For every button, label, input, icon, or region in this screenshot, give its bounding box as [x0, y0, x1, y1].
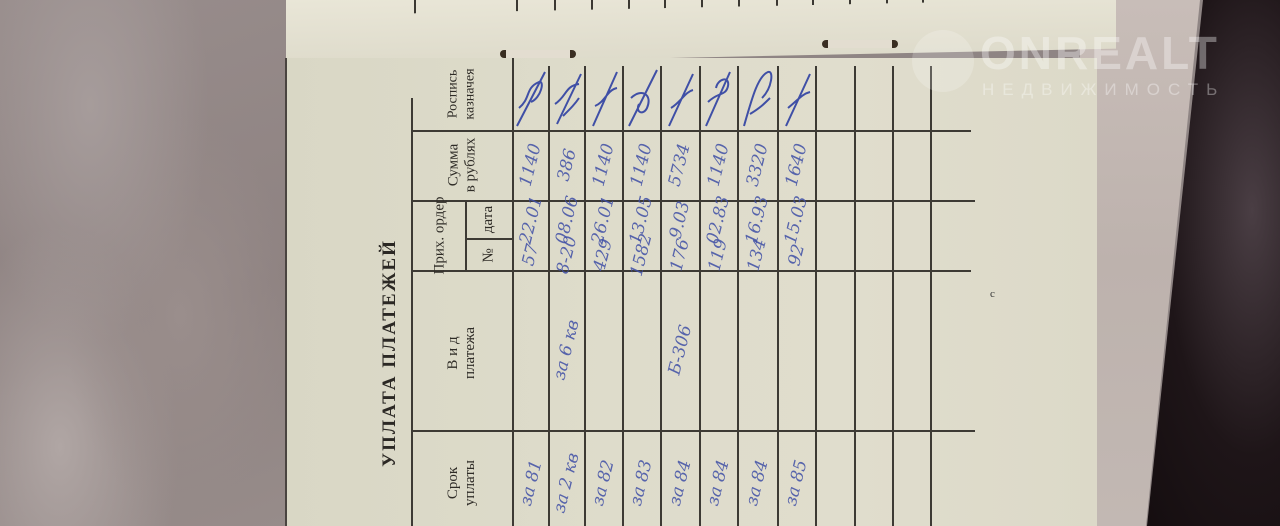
- cell-due-date: за 2 кв: [549, 438, 585, 526]
- treasurer-signature: [585, 68, 625, 130]
- cell-payment-type: [778, 270, 815, 430]
- cell-receipt-date: 13.05: [623, 200, 660, 240]
- header-payment-type: В и д платежа: [417, 278, 507, 428]
- cell-receipt-number: 176: [661, 240, 699, 270]
- cell-amount: 386: [549, 130, 585, 200]
- row-separator: [930, 66, 932, 526]
- ruling-tick: [591, 0, 593, 10]
- ruling-tick: [849, 0, 851, 4]
- cell-payment-type: [513, 270, 549, 430]
- cell-amount: 5734: [661, 130, 699, 200]
- cell-payment-type: [623, 270, 660, 430]
- form-title: УПЛАТА ПЛАТЕЖЕЙ: [370, 208, 410, 498]
- treasurer-signature: [738, 68, 778, 130]
- cell-amount: 1140: [513, 130, 549, 200]
- cell-due-date: за 81: [513, 438, 549, 526]
- cell-due-date: за 82: [585, 438, 622, 526]
- cell-receipt-date: 26.01: [585, 200, 622, 240]
- cell-payment-type: [585, 270, 622, 430]
- background-surface-left: [0, 0, 300, 526]
- staple: [822, 40, 898, 48]
- ruling-tick: [886, 0, 888, 3]
- table-border-left: [411, 98, 413, 526]
- header-receipt-date: дата: [467, 200, 511, 238]
- row-separator: [892, 66, 894, 526]
- staple: [500, 50, 576, 58]
- cell-receipt-date: 9.03: [661, 200, 699, 240]
- cell-due-date: за 83: [623, 438, 660, 526]
- row-separator: [815, 66, 817, 526]
- cell-payment-type: [700, 270, 737, 430]
- ruling-tick: [664, 0, 666, 8]
- cell-payment-type: Б-306: [661, 270, 699, 430]
- payment-booklet-page: УПЛАТА ПЛАТЕЖЕЙ Срок уплаты В и д платеж…: [285, 58, 1097, 526]
- header-receipt-order: Прих. ордер: [417, 200, 463, 270]
- treasurer-signature: [661, 68, 701, 130]
- cell-amount: 1140: [700, 130, 737, 200]
- cell-payment-type: [738, 270, 777, 430]
- ruling-tick: [812, 0, 814, 5]
- payment-form: УПЛАТА ПЛАТЕЖЕЙ Срок уплаты В и д платеж…: [287, 58, 1097, 526]
- cell-receipt-date: 15.03: [778, 200, 815, 240]
- cell-due-date: за 84: [738, 438, 777, 526]
- cell-amount: 1140: [623, 130, 660, 200]
- header-due-date: Срок уплаты: [417, 438, 507, 526]
- empty-row-divider: [815, 430, 975, 432]
- cell-amount: 1140: [585, 130, 622, 200]
- cell-amount: 1640: [778, 130, 815, 200]
- header-amount: Сумма в рублях: [417, 130, 507, 200]
- cell-receipt-date: 22.01: [513, 200, 549, 240]
- cell-amount: 3320: [738, 130, 777, 200]
- cell-due-date: за 84: [661, 438, 699, 526]
- empty-row-divider: [815, 200, 975, 202]
- paper-mark: c: [990, 288, 995, 300]
- treasurer-signature: [623, 68, 663, 130]
- cell-receipt-date: 02.83: [700, 200, 737, 240]
- ruling-tick: [738, 0, 740, 7]
- cell-due-date: за 84: [700, 438, 737, 526]
- cell-receipt-date: 08.06: [549, 200, 585, 240]
- ruling-tick: [414, 0, 416, 13]
- treasurer-signature: [511, 68, 551, 130]
- ruling-tick: [701, 0, 703, 7]
- cell-payment-type: за 6 кв: [549, 270, 585, 430]
- ruling-tick: [922, 0, 924, 3]
- treasurer-signature: [700, 68, 740, 130]
- ruling-tick: [554, 0, 556, 10]
- treasurer-signature: [778, 68, 818, 130]
- header-receipt-number: №: [467, 240, 511, 270]
- ruling-tick: [628, 0, 630, 9]
- treasurer-signature: [549, 68, 589, 130]
- row-separator: [854, 66, 856, 526]
- cell-due-date: за 85: [778, 438, 815, 526]
- ruling-tick: [776, 0, 778, 6]
- ruling-tick: [516, 0, 518, 11]
- empty-row-divider: [815, 270, 965, 272]
- header-signature: Роспись казначея: [417, 58, 507, 130]
- cell-receipt-date: 16.93: [738, 200, 777, 240]
- previous-page-edge: [286, 0, 1116, 66]
